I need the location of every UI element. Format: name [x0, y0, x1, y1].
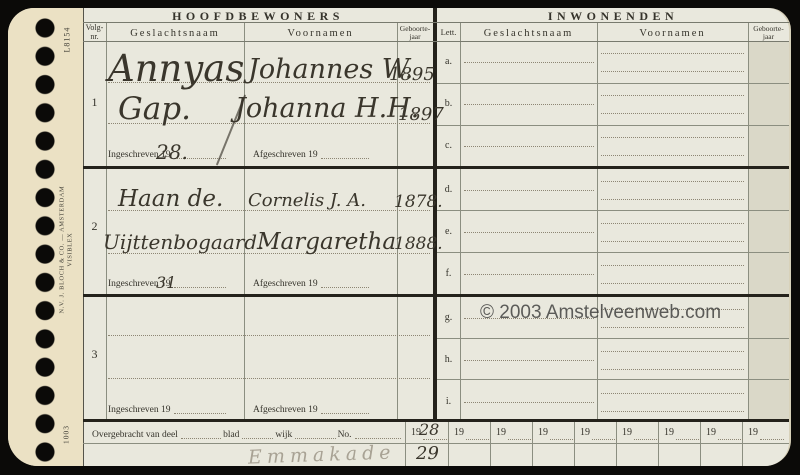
writing-line	[464, 146, 594, 147]
spine-bottom-code: 1003	[62, 415, 71, 455]
writing-line	[108, 335, 430, 336]
letter-label: g.	[437, 312, 460, 323]
writing-line	[601, 327, 744, 328]
writing-line	[601, 223, 744, 224]
firstnames-handwritten: Johanna H.H.	[235, 93, 419, 124]
letter-label: h.	[437, 354, 460, 365]
writing-line	[601, 411, 744, 412]
ingeschreven-year-handwritten: 31	[156, 273, 176, 292]
letter-label: c.	[437, 140, 460, 151]
surname-handwritten: Haan de.	[118, 186, 223, 212]
birthyear-handwritten: 1897	[398, 104, 444, 125]
firstnames-handwritten: Cornelis J. A.	[248, 190, 366, 211]
surname-handwritten: Gap.	[118, 91, 191, 127]
section-title-hoofdbewoners: HOOFDBEWONERS	[83, 10, 433, 23]
spine-brand-company: N.V. J. BLOCH & CO. — AMSTERDAM	[58, 120, 66, 380]
writing-line	[601, 155, 744, 156]
no-label: No.	[338, 430, 352, 440]
surname-handwritten: Uijttenbogaard.	[103, 230, 263, 254]
grid-line	[460, 22, 461, 421]
year-cell: 19	[491, 422, 537, 442]
column-header-firstnames-left: Voornamen	[244, 28, 397, 40]
writing-line	[601, 181, 744, 182]
column-header-volgnr: Volg- nr.	[83, 24, 106, 42]
column-header-surname-right: Geslachtsnaam	[460, 28, 597, 40]
writing-line	[464, 190, 594, 191]
surname-handwritten: Annyas	[108, 47, 244, 90]
year-cell: 19	[701, 422, 747, 442]
watermark: © 2003 Amstelveenweb.com	[480, 302, 721, 324]
year-written: 28	[419, 420, 439, 439]
writing-line	[464, 62, 594, 63]
grid-line	[437, 210, 789, 211]
letter-label: i.	[437, 396, 460, 407]
grid-line	[83, 41, 789, 42]
transfer-label: Overgebracht van deel	[92, 430, 178, 440]
writing-line	[601, 113, 744, 114]
blad-label: blad	[223, 430, 239, 440]
spine-brand-name: VISIBLEX	[66, 120, 74, 380]
afgeschreven-row2: Afgeschreven 19	[253, 277, 371, 289]
firstnames-handwritten: Margaretha	[257, 229, 396, 255]
row-number: 3	[83, 348, 106, 361]
year-cell: 19	[533, 422, 579, 442]
year-cell: 19	[449, 422, 495, 442]
row-separator-heavy	[83, 294, 789, 297]
writing-line	[601, 393, 744, 394]
grid-line	[597, 22, 598, 421]
writing-line	[601, 369, 744, 370]
column-header-surname-left: Geslachtsnaam	[106, 28, 244, 40]
spine-brand-imprint: N.V. J. BLOCH & CO. — AMSTERDAM VISIBLEX	[58, 120, 73, 380]
writing-line	[601, 71, 744, 72]
grid-line	[748, 22, 749, 421]
year-cell: 19	[743, 422, 788, 442]
writing-line	[108, 378, 430, 379]
afgeschreven-row3: Afgeschreven 19	[253, 403, 371, 415]
year-cell: 19	[659, 422, 705, 442]
writing-line	[464, 274, 594, 275]
grid-line	[437, 338, 789, 339]
writing-line	[464, 104, 594, 105]
writing-line	[601, 95, 744, 96]
column-header-lett: Lett.	[437, 28, 460, 37]
grid-line	[437, 252, 789, 253]
transfer-row: Overgebracht van deel blad wijk No.	[92, 425, 403, 440]
writing-line	[601, 53, 744, 54]
scanned-register-card: L8154 N.V. J. BLOCH & CO. — AMSTERDAM VI…	[0, 0, 800, 475]
writing-line	[601, 265, 744, 266]
writing-line	[601, 351, 744, 352]
writing-line	[601, 199, 744, 200]
row-separator-heavy	[83, 166, 789, 169]
birthyear-handwritten: 1878.	[394, 192, 443, 212]
afgeschreven-row1: Afgeschreven 19	[253, 148, 371, 160]
row-number: 1	[83, 96, 106, 109]
grid-line	[437, 379, 789, 380]
house-number-note: 29	[416, 443, 439, 464]
year-cell: 19	[575, 422, 621, 442]
birthyear-handwritten: 1895	[389, 64, 435, 85]
ingeschreven-year-handwritten: 28.	[156, 140, 188, 164]
grid-line	[106, 22, 107, 421]
writing-line	[464, 232, 594, 233]
writing-line	[601, 283, 744, 284]
writing-line	[601, 241, 744, 242]
wijk-label: wijk	[275, 430, 292, 440]
column-header-firstnames-right: Voornamen	[597, 28, 748, 40]
writing-line	[464, 402, 594, 403]
letter-label: a.	[437, 56, 460, 67]
writing-line	[601, 137, 744, 138]
column-header-birthyear-right: Geboorte- jaar	[748, 25, 789, 42]
letter-label: f.	[437, 268, 460, 279]
grid-line	[83, 8, 84, 466]
year-cell: 19	[617, 422, 663, 442]
column-header-birthyear-left: Geboorte- jaar	[397, 25, 433, 42]
birthyear-column-shade	[749, 42, 789, 419]
grid-line	[437, 83, 789, 84]
punch-holes	[35, 18, 55, 464]
ingeschreven-row3: Ingeschreven 19	[108, 403, 228, 415]
grid-line	[437, 125, 789, 126]
writing-line	[464, 360, 594, 361]
spine-top-code: L8154	[63, 10, 72, 70]
birthyear-handwritten: 1888.	[394, 234, 443, 254]
section-title-inwonenden: INWONENDEN	[437, 10, 789, 23]
